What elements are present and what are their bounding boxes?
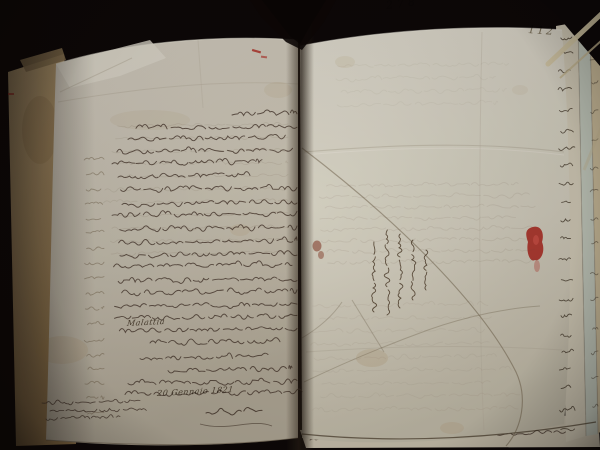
manuscript-art	[0, 0, 600, 450]
vignette	[0, 0, 600, 450]
manuscript-photo: 112 278 Malattia 20 Gennaio 1821	[0, 0, 600, 450]
